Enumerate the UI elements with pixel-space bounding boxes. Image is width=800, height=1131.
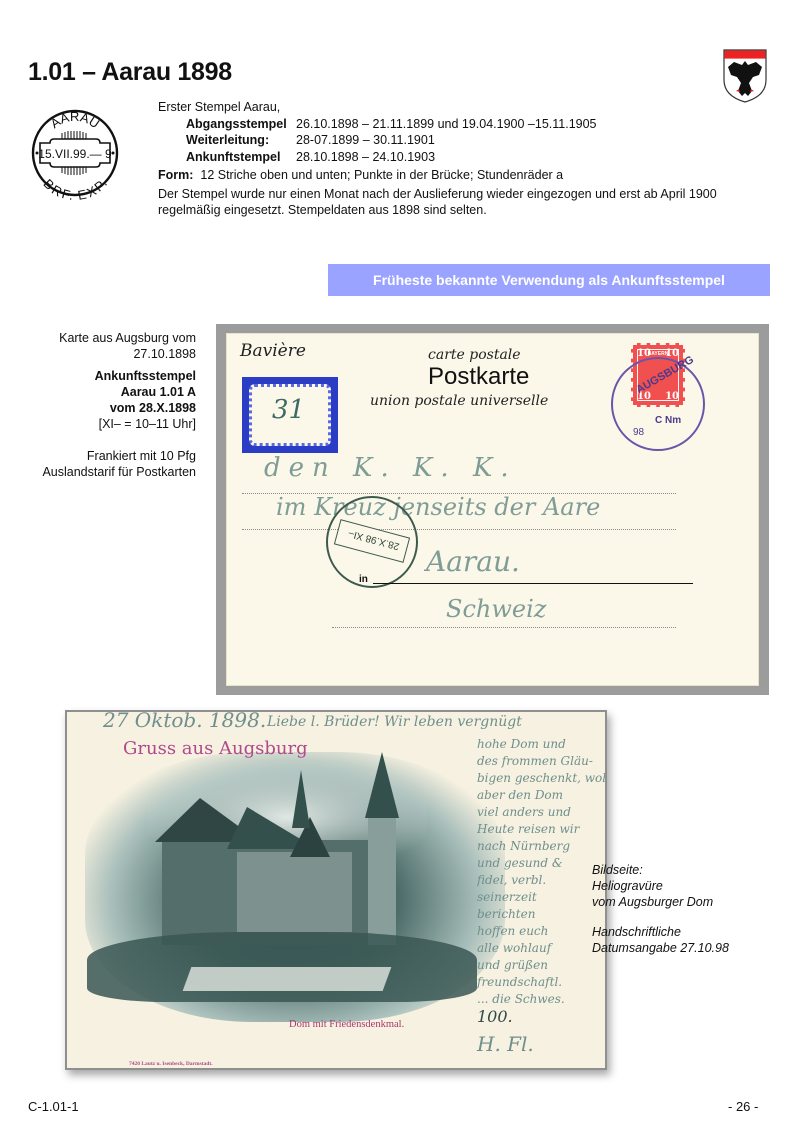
gruss-aus-augsburg: Gruss aus Augsburg — [123, 738, 308, 759]
svg-text:BRF. EXP.: BRF. EXP. — [40, 176, 110, 203]
form-value: 12 Striche oben und unten; Punkte in der… — [200, 168, 563, 182]
label-number: 31 — [272, 395, 305, 425]
description-intro: Erster Stempel Aarau, — [158, 99, 778, 116]
address-line-3: Aarau. — [426, 545, 520, 578]
caption-bold-2: Aarau 1.01 A — [20, 384, 196, 400]
handwritten-baviere: Bavière — [240, 341, 306, 361]
caption-picture-side: Bildseite: Heliogravüre vom Augsburger D… — [592, 862, 792, 910]
page-number: - 26 - — [728, 1099, 758, 1114]
publisher-imprint: 7420 Lautz u. Isenbeck, Darmstadt. — [129, 1061, 213, 1067]
usage-row-arrival: Ankunftstempel 28.10.1898 – 24.10.1903 — [186, 149, 778, 166]
handwritten-greeting: Liebe l. Brüder! Wir leben vergnügt — [267, 714, 522, 731]
usage-value: 26.10.1898 – 21.11.1899 und 19.04.1900 –… — [296, 116, 597, 133]
caption-franking: Frankiert mit 10 Pfg Auslandstarif für P… — [20, 448, 196, 480]
in-label: in — [359, 574, 368, 585]
handwritten-signature: H. Fl. — [477, 1036, 534, 1053]
address-line-2: im Kreuz jenseits der Aare — [276, 493, 600, 521]
aarau-arrival-postmark: 28.X.98 XI– — [326, 496, 418, 588]
page-reference: C-1.01-1 — [28, 1099, 79, 1114]
description-note: Der Stempel wurde nur einen Monat nach d… — [158, 186, 778, 219]
usage-label: Ankunftstempel — [186, 149, 296, 166]
svg-text:15.VII.99.— 9: 15.VII.99.— 9 — [38, 147, 112, 161]
usage-label: Abgangsstempel — [186, 116, 296, 133]
registration-label: 31 — [242, 377, 338, 453]
section-banner: Früheste bekannte Verwendung als Ankunft… — [328, 264, 770, 296]
usage-row-departure: Abgangsstempel 26.10.1898 – 21.11.1899 u… — [186, 116, 778, 133]
postkarte-heading: Postkarte — [428, 363, 529, 391]
caption-hour-note: [XI– = 10–11 Uhr] — [20, 416, 196, 432]
augsburg-postmark: AUGSBURG C Nm 98 — [611, 357, 705, 451]
caption-handwritten-date: Handschriftliche Datumsangabe 27.10.98 — [592, 924, 792, 956]
page-title: 1.01 – Aarau 1898 — [28, 58, 232, 87]
postcard-front: Bavière 31 carte postale Postkarte union… — [226, 333, 759, 686]
picture-caption: Dom mit Friedensdenkmal. — [289, 1019, 404, 1030]
usage-row-forwarding: Weiterleitung: 28-07.1899 – 30.11.1901 — [186, 132, 778, 149]
form-label: Form: — [158, 168, 193, 182]
form-line: Form: 12 Striche oben und unten; Punkte … — [158, 167, 778, 184]
stamp-description: Erster Stempel Aarau, Abgangsstempel 26.… — [158, 99, 778, 219]
front-caption: Karte aus Augsburg vom 27.10.1898 Ankunf… — [20, 330, 196, 486]
handwritten-date: 27 Oktob. 1898. — [103, 712, 266, 729]
reference-postmark-drawing: AARAU BRF. EXP. 15.VII.99.— 9 — [30, 103, 120, 203]
picture-side-caption: Bildseite: Heliogravüre vom Augsburger D… — [592, 862, 792, 970]
carte-postale-text: carte postale — [428, 347, 521, 363]
address-line-1: den K. K. K. — [264, 453, 517, 483]
address-line-4: Schweiz — [446, 595, 546, 623]
address-underline — [373, 583, 693, 584]
coat-of-arms-icon — [722, 48, 768, 104]
caption-origin: Karte aus Augsburg vom 27.10.1898 — [20, 330, 196, 362]
handwritten-message: hohe Dom und des frommen Gläu- bigen ges… — [477, 736, 605, 1025]
caption-bold-1: Ankunftsstempel — [20, 368, 196, 384]
caption-bold-3: vom 28.X.1898 — [20, 400, 196, 416]
postcard-picture-side: Gruss aus Augsburg 27 Oktob. 1898. Liebe… — [65, 710, 607, 1070]
usage-label: Weiterleitung: — [186, 132, 296, 149]
svg-text:AARAU: AARAU — [48, 109, 103, 131]
usage-value: 28-07.1899 – 30.11.1901 — [296, 132, 435, 149]
usage-value: 28.10.1898 – 24.10.1903 — [296, 149, 435, 166]
union-postale-text: union postale universelle — [370, 393, 548, 409]
